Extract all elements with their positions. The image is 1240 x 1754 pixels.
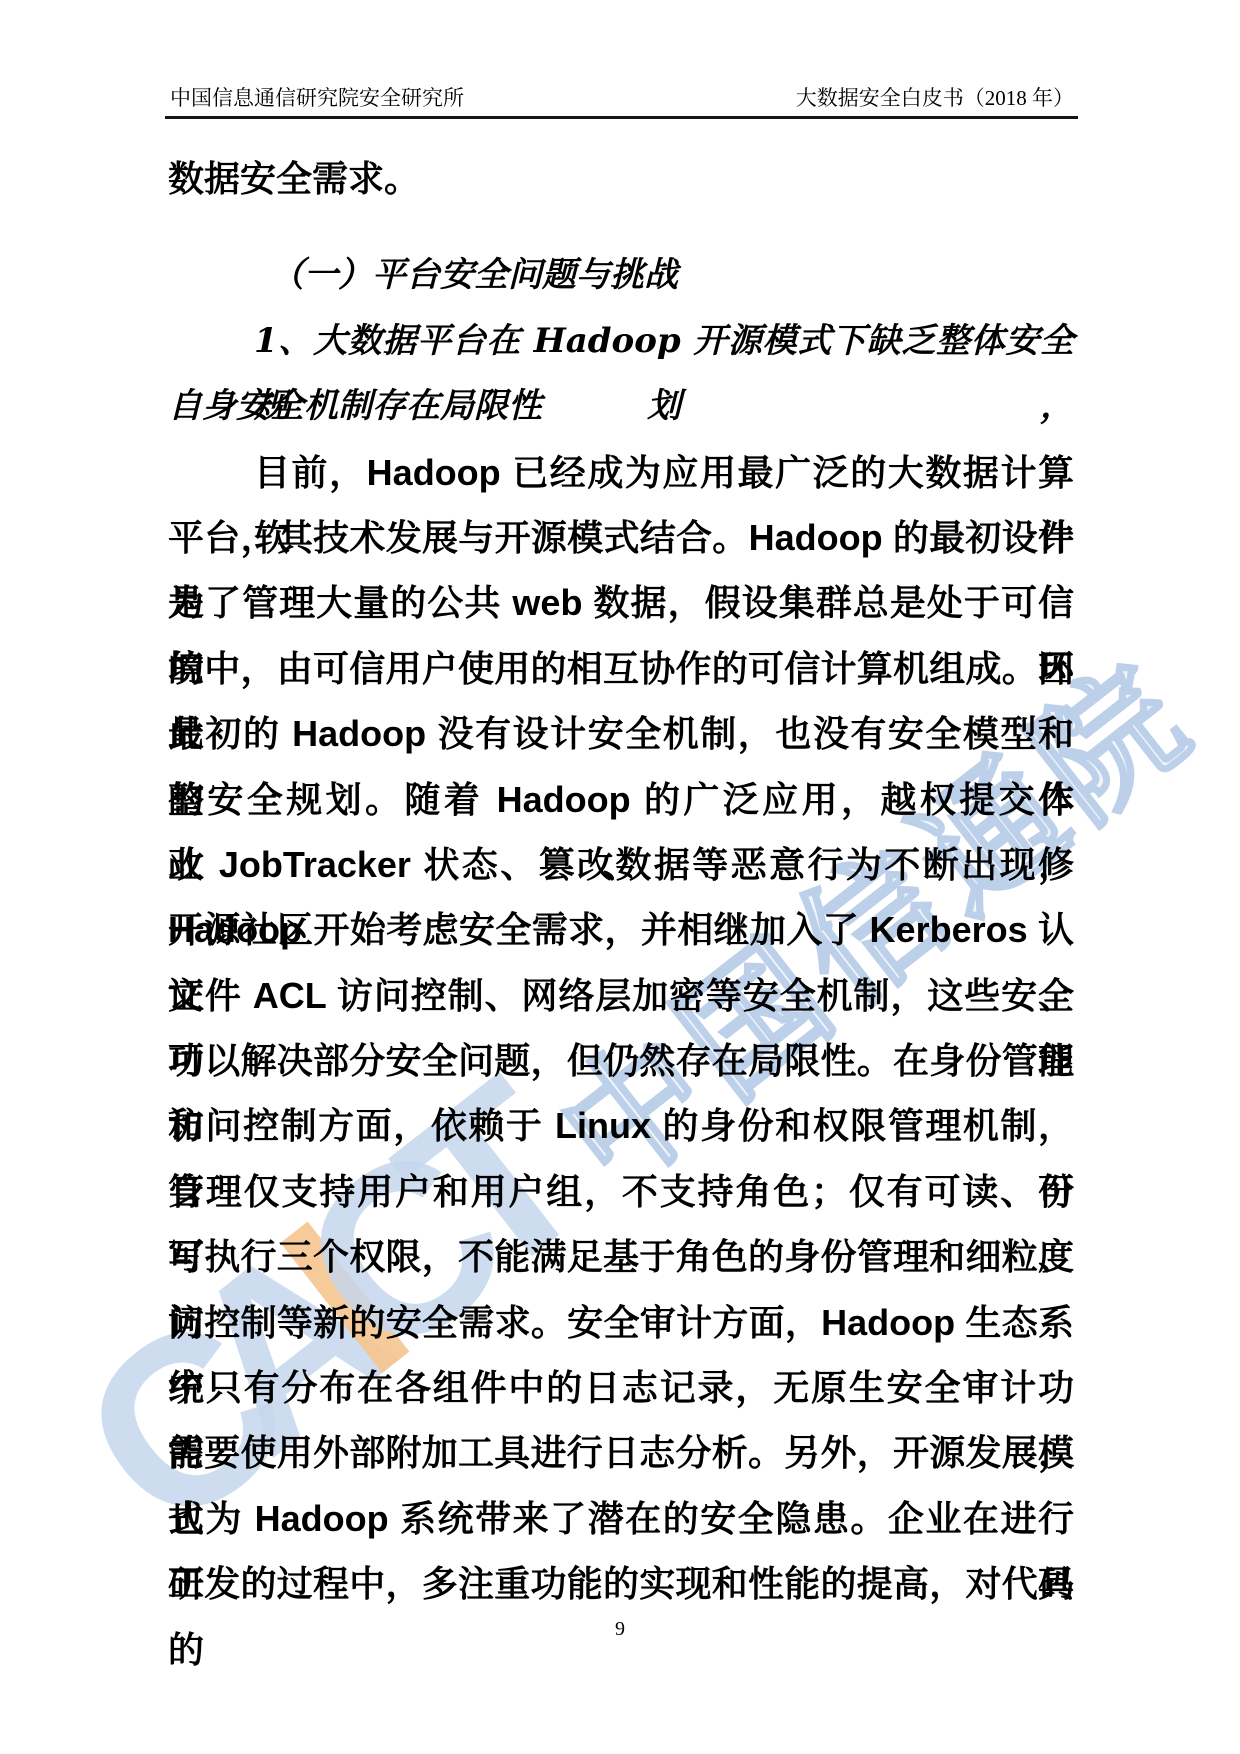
paragraph-line: 管理仅支持用户和用户组，不支持角色；仅有可读、可写、 xyxy=(168,1159,1074,1224)
paragraph-line: 也为 Hadoop 系统带来了潜在的安全隐患。企业在进行工具 xyxy=(168,1486,1074,1551)
paragraph-line: 开源社区开始考虑安全需求，并相继加入了 Kerberos 认证、 xyxy=(168,897,1074,962)
paragraph-line: 问控制等新的安全需求。安全审计方面，Hadoop 生态系统 xyxy=(168,1290,1074,1355)
paragraph-line: 的安全规划。随着 Hadoop 的广泛应用，越权提交作业、修 xyxy=(168,767,1074,832)
paragraph-line: 为了管理大量的公共 web 数据，假设集群总是处于可信的环 xyxy=(168,570,1074,635)
paragraph-line: 改 JobTracker 状态、篡改数据等恶意行为不断出现，Hadoop xyxy=(168,832,1074,897)
header-rule xyxy=(165,116,1078,119)
paragraph-line: 中只有分布在各组件中的日志记录，无原生安全审计功能， xyxy=(168,1355,1074,1420)
section-heading: （一）平台安全问题与挑战 xyxy=(168,243,1074,308)
paragraph-line: 可以解决部分安全问题，但仍然存在局限性。在身份管理和 xyxy=(168,1028,1074,1093)
paragraph-line: 目前，Hadoop 已经成为应用最广泛的大数据计算软件 xyxy=(168,440,1074,505)
paragraph-line: 最初的 Hadoop 没有设计安全机制，也没有安全模型和整体 xyxy=(168,701,1074,766)
paragraph-line: 需要使用外部附加工具进行日志分析。另外，开源发展模式 xyxy=(168,1420,1074,1485)
header-left-title: 中国信息通信研究院安全研究所 xyxy=(170,82,464,112)
document-page: { "header": { "left": "中国信息通信研究院安全研究所", … xyxy=(0,0,1240,1754)
body-text: 数据安全需求。 （一）平台安全问题与挑战 1、大数据平台在 Hadoop 开源模… xyxy=(168,146,1074,1617)
paragraph-line: 数据安全需求。 xyxy=(168,146,1074,211)
paragraph-line: 境中，由可信用户使用的相互协作的可信计算机组成。因此 xyxy=(168,636,1074,701)
page-footer: 9 xyxy=(0,1618,1240,1641)
page-header: 中国信息通信研究院安全研究所 大数据安全白皮书（2018 年） xyxy=(170,82,1074,112)
paragraph-line: 文件 ACL 访问控制、网络层加密等安全机制，这些安全功能 xyxy=(168,963,1074,1028)
page-number: 9 xyxy=(615,1618,625,1640)
paragraph-line: 平台，其技术发展与开源模式结合。Hadoop 的最初设计是 xyxy=(168,505,1074,570)
paragraph-line: 可执行三个权限，不能满足基于角色的身份管理和细粒度访 xyxy=(168,1224,1074,1289)
subsection-heading-line: 1、大数据平台在 Hadoop 开源模式下缺乏整体安全规划， xyxy=(168,309,1074,374)
paragraph-line: 研发的过程中，多注重功能的实现和性能的提高，对代码的 xyxy=(168,1551,1074,1616)
header-right-title: 大数据安全白皮书（2018 年） xyxy=(796,82,1074,112)
paragraph-line: 访问控制方面，依赖于 Linux 的身份和权限管理机制，身份 xyxy=(168,1093,1074,1158)
